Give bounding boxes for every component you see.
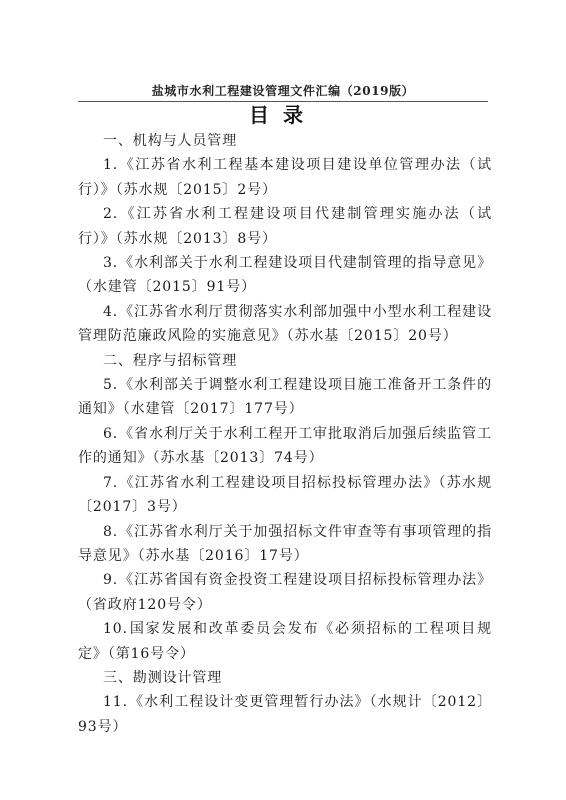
entry-number: 8.: [103, 524, 118, 540]
toc-entry[interactable]: 5.《水利部关于调整水利工程建设项目施工准备开工条件的通知》（水建管〔2017〕…: [78, 373, 492, 422]
entry-number: 2.: [103, 206, 118, 222]
toc-entry[interactable]: 2.《江苏省水利工程建设项目代建制管理实施办法（试行）》（苏水规〔2013〕8号…: [78, 202, 492, 251]
entry-number: 4.: [103, 304, 118, 320]
document-page: 盐城市水利工程建设管理文件汇编（2019版） 目录 一、机构与人员管理 1.《江…: [0, 0, 566, 800]
entry-number: 5.: [103, 377, 118, 393]
entry-reference: （苏水基〔2015〕20号）: [287, 328, 458, 344]
entry-title: 《江苏省国有资金投资工程建设项目招标投标管理办法》: [119, 572, 492, 588]
toc-entry[interactable]: 7.《江苏省水利工程建设项目招标投标管理办法》（苏水规〔2017〕3号）: [78, 471, 492, 520]
toc-entry[interactable]: 4.《江苏省水利厅贯彻落实水利部加强中小型水利工程建设管理防范廉政风险的实施意见…: [78, 300, 492, 349]
entry-reference: （省政府120号令）: [78, 597, 212, 613]
entry-number: 7.: [103, 475, 118, 491]
toc-entry[interactable]: 8.《江苏省水利厅关于加强招标文件审查等有事项管理的指导意见》（苏水基〔2016…: [78, 520, 492, 569]
running-header: 盐城市水利工程建设管理文件汇编（2019版）: [78, 84, 488, 102]
toc-entry[interactable]: 11.《水利工程设计变更管理暂行办法》（水规计〔2012〕93号）: [78, 690, 492, 739]
entry-number: 1.: [103, 157, 118, 173]
entry-reference: （苏水规〔2013〕8号）: [116, 231, 277, 247]
entry-reference: （第16号令）: [108, 646, 195, 662]
entry-reference: （苏水基〔2013〕74号）: [153, 450, 324, 466]
section-heading: 二、程序与招标管理: [78, 349, 492, 373]
entry-reference: （苏水规〔2015〕2号）: [116, 182, 277, 198]
toc-entry[interactable]: 1.《江苏省水利工程基本建设项目建设单位管理办法（试行）》（苏水规〔2015〕2…: [78, 153, 492, 202]
entry-number: 11.: [103, 694, 128, 710]
toc-title: 目录: [78, 102, 488, 128]
entry-number: 6.: [103, 426, 118, 442]
entry-reference: （苏水基〔2016〕17号）: [138, 548, 309, 564]
entry-number: 10.: [103, 621, 128, 637]
toc-entry[interactable]: 10.国家发展和改革委员会发布《必须招标的工程项目规定》（第16号令）: [78, 617, 492, 666]
table-of-contents: 一、机构与人员管理 1.《江苏省水利工程基本建设项目建设单位管理办法（试行）》（…: [78, 129, 492, 739]
entry-title: 《水利工程设计变更管理暂行办法》: [129, 694, 370, 710]
entry-reference: （水建管〔2015〕91号）: [78, 279, 256, 295]
entry-reference: （水建管〔2017〕177号）: [123, 401, 304, 417]
toc-entry[interactable]: 9.《江苏省国有资金投资工程建设项目招标投标管理办法》（省政府120号令）: [78, 568, 492, 617]
entry-title: 《江苏省水利工程建设项目招标投标管理办法》: [119, 475, 438, 491]
toc-entry[interactable]: 6.《省水利厅关于水利工程开工审批取消后加强后续监管工作的通知》（苏水基〔201…: [78, 422, 492, 471]
entry-number: 9.: [103, 572, 118, 588]
toc-entry[interactable]: 3.《水利部关于水利工程建设项目代建制管理的指导意见》（水建管〔2015〕91号…: [78, 251, 492, 300]
section-heading: 三、勘测设计管理: [78, 666, 492, 690]
entry-number: 3.: [103, 255, 118, 271]
entry-title: 《水利部关于水利工程建设项目代建制管理的指导意见》: [119, 255, 492, 271]
section-heading: 一、机构与人员管理: [78, 129, 492, 153]
